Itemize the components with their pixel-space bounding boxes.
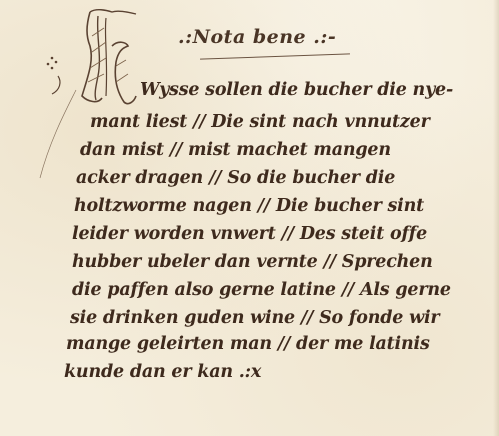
text-line: die paffen also gerne latine // Als gern… <box>72 280 451 300</box>
text-line: hubber ubeler dan vernte // Sprechen <box>72 252 433 272</box>
heading-nota-bene: .:Nota bene .:- <box>178 26 336 48</box>
text-line: kunde dan er kan .:x <box>64 362 261 382</box>
text-line: dan mist // mist machet mangen <box>80 140 391 160</box>
heading-underline <box>200 53 350 59</box>
marginal-flourish-icon <box>38 50 78 180</box>
page-edge <box>493 0 499 436</box>
text-line: mant liest // Die sint nach vnnutzer <box>90 112 430 132</box>
text-line: sie drinken guden wine // So fonde wir <box>70 308 439 328</box>
text-line: acker dragen // So die bucher die <box>76 168 395 188</box>
text-line: Wysse sollen die bucher die nye- <box>140 80 453 100</box>
text-line: mange geleirten man // der me latinis <box>66 334 430 354</box>
text-line: holtzworme nagen // Die bucher sint <box>74 196 424 216</box>
manuscript-page: .:Nota bene .:- Wysse sollen die bucher … <box>0 0 499 436</box>
decorated-initial-w-icon <box>72 6 138 110</box>
text-line: leider worden vnwert // Des steit offe <box>72 224 427 244</box>
